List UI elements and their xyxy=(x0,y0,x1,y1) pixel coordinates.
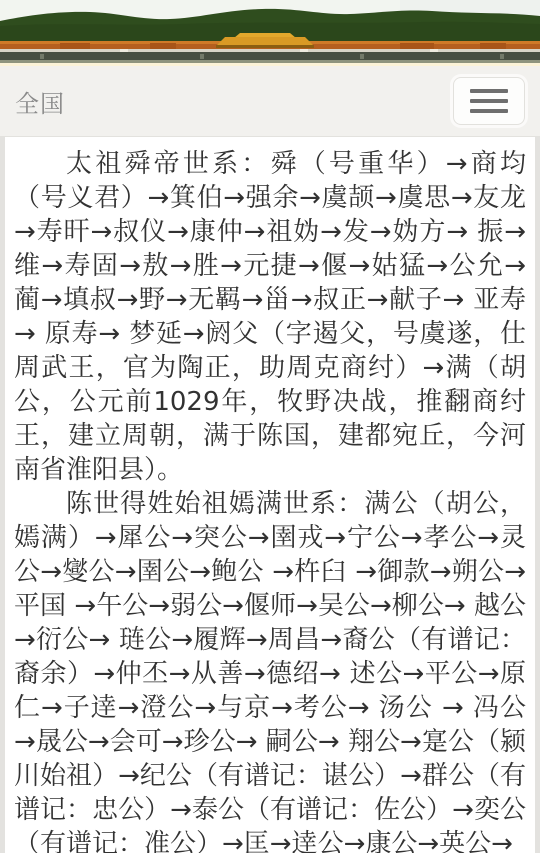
menu-button[interactable] xyxy=(453,77,525,125)
navbar: 全国 xyxy=(0,66,540,137)
hamburger-icon xyxy=(470,89,508,93)
hero-photo xyxy=(0,0,540,63)
page-title: 全国 xyxy=(15,84,65,119)
temple-panorama-image xyxy=(0,0,540,63)
paragraph-chen-lineage: 陈世得姓始祖嫣满世系：满公（胡公，嫣满）→犀公→突公→圉戎→宁公→孝公→灵公→燮… xyxy=(14,487,526,853)
article: 太祖舜帝世系：舜（号重华）→商均（号义君）→箕伯→强余→虞颉→虞思→友龙→寿旰→… xyxy=(5,137,535,853)
page: 全国 太祖舜帝世系：舜（号重华）→商均（号义君）→箕伯→强余→虞颉→虞思→友龙→… xyxy=(0,0,540,853)
paragraph-shun-lineage: 太祖舜帝世系：舜（号重华）→商均（号义君）→箕伯→强余→虞颉→虞思→友龙→寿旰→… xyxy=(14,147,526,487)
